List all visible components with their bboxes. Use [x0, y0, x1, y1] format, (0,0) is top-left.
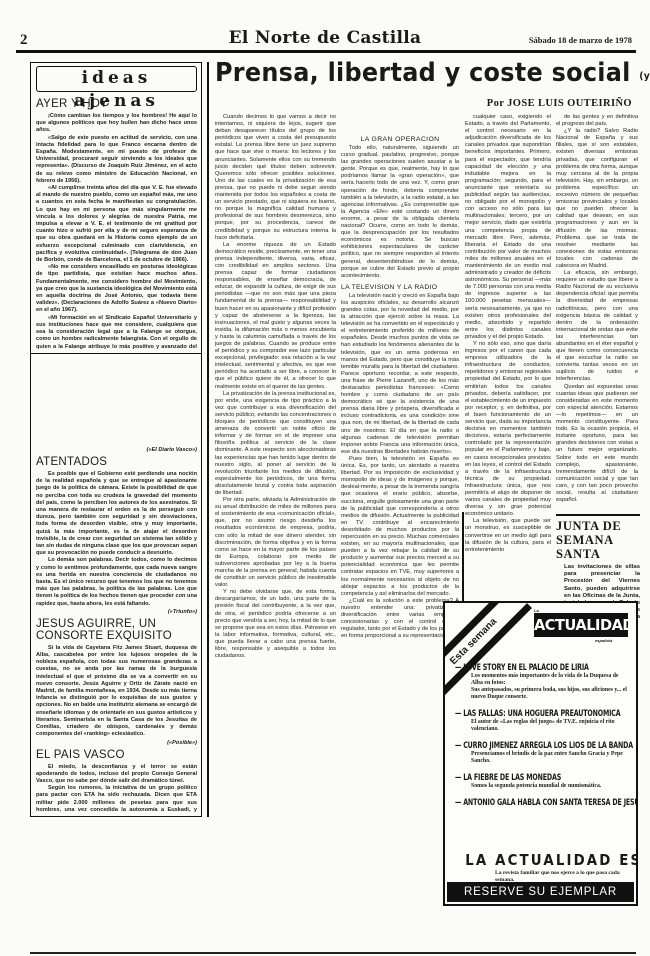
ad-item: — LAS FALLAS: UNA HOGUERA PREAUTONOMICA … — [455, 709, 630, 733]
ad-items: — LOVE STORY EN EL PALACIO DE LIRIA Los … — [455, 663, 630, 816]
article-title: Prensa, libertad y coste social — [215, 58, 631, 88]
paragraph: ¡Cómo cambian los tiempos y los hombres!… — [36, 113, 197, 135]
headline-pais-vasco: EL PAIS VASCO — [36, 749, 197, 761]
article-headline: Prensa, libertad y coste social (y II) — [215, 58, 650, 88]
paragraph: La televisión, que puede ser un monstruo… — [465, 518, 551, 553]
ad-item-desc: Los momentos más importantes de la vida … — [471, 673, 630, 687]
ad-item-desc: El autor de «Las reglas del juego» de TV… — [471, 719, 630, 733]
article-byline: Por JOSE LUIS OUTEIRIÑO — [487, 98, 632, 109]
ad-item-desc: Sus antepasados, su primera boda, sus hi… — [471, 687, 630, 701]
headline-atentados: ATENTADOS — [36, 456, 197, 468]
reserve-button[interactable]: RESERVE SU EJEMPLAR — [447, 882, 634, 902]
paragraph: La eficacia, sin embargo, requiere un es… — [556, 270, 638, 384]
crosshead-gran-operacion: LA GRAN OPERACION — [341, 136, 459, 143]
paragraph: Y no debe olvidarse que, de esta forma, … — [215, 589, 336, 660]
ad-sash-text: Esta semana — [448, 616, 499, 667]
paragraph: La enorme riqueza de un Estado democráti… — [215, 242, 336, 391]
source-posible: («Posible») — [36, 739, 197, 747]
paragraph: La televisión nació y creció en España b… — [341, 293, 459, 456]
paragraph: Por otra parte, aliviada la Administraci… — [215, 497, 336, 589]
paragraph: Según los rumores, la iniciativa de un g… — [36, 785, 197, 814]
ad-item-desc: Presenciamos el brindis de la paz entre … — [471, 751, 630, 765]
source-diario-vasco: («El Diario Vasco») — [36, 446, 197, 454]
issue-date: Sábado 18 de marzo de 1978 — [529, 35, 632, 45]
paragraph: Quedan así expuestas unas cuantas ideas … — [556, 384, 638, 505]
bottom-rule — [30, 952, 636, 954]
ad-item-title: — LA FIEBRE DE LAS MONEDAS — [455, 773, 592, 783]
column-divider — [462, 512, 464, 602]
ad-item-desc: Somos la segunda potencia mundial de num… — [471, 783, 630, 790]
masthead: 2 El Norte de Castilla Sábado 18 de marz… — [16, 28, 634, 50]
ad-item: — LA FIEBRE DE LAS MONEDAS Somos la segu… — [455, 773, 630, 790]
paragraph: Lo demás son palabras. Decir todos, como… — [36, 557, 197, 607]
ad-logo-sub: española — [595, 638, 612, 643]
paragraph: Todo ello, naturalmente, siguiendo un cu… — [341, 145, 459, 280]
section-title-ideas-ajenas: ideas ajenas — [36, 66, 197, 92]
ideas-ajenas-column: ideas ajenas AYER Y HOY ¡Cómo cambian lo… — [36, 66, 197, 351]
ad-item: — CURRO JIMENEZ ARREGLA LOS LIOS DE LA B… — [455, 741, 630, 765]
paragraph: Y no sólo eso, sino que daría ingresos p… — [465, 341, 551, 518]
ad-item: — ANTONIO GALA HABLA CON SANTA TERESA DE… — [455, 798, 630, 808]
ad-big-title: LA ACTUALIDAD ESPAÑOLA — [465, 851, 616, 869]
paragraph: «Mi formación en el Sindicato Español Un… — [36, 315, 197, 351]
paragraph: ¿Y la radio? Salvo Radio Nacional de Esp… — [556, 128, 638, 270]
paragraph: Pues bien, la televisión en España es ún… — [341, 456, 459, 598]
paragraph: «Salgo de este puesto en actitud de serv… — [36, 135, 197, 185]
actualidad-espanola-ad[interactable]: Esta semana La ACTUALIDAD española — LOV… — [443, 601, 638, 906]
masthead-rule — [16, 50, 636, 53]
paragraph: de las gentes y en definitiva el progres… — [556, 114, 638, 128]
article-column-3: cualquier caso, exigiendo el Estado, a t… — [465, 114, 551, 596]
paragraph: El miedo, la desconfianza y el terror se… — [36, 764, 197, 786]
paragraph: «Al cumplirse treinta años del día que V… — [36, 185, 197, 264]
column-divider — [207, 62, 209, 817]
ad-item: — LOVE STORY EN EL PALACIO DE LIRIA Los … — [455, 663, 630, 701]
headline-jesus-aguirre: JESUS AGUIRRE, UN CONSORTE EXQUISITO — [36, 618, 197, 642]
article-column-1: Cuando decimos lo que vamos a decir no i… — [215, 114, 336, 859]
paragraph: ¿Cuál es la solución a este problema? A … — [341, 598, 459, 641]
paragraph: Es posible que el Gobierno esté perdiend… — [36, 471, 197, 557]
article-part: (y II) — [639, 71, 650, 82]
crosshead-television-radio: LA TELEVISION Y LA RADIO — [341, 284, 459, 291]
paragraph: «No me considero encasillado en posturas… — [36, 264, 197, 314]
article-column-2: LA GRAN OPERACION Todo ello, naturalment… — [341, 114, 459, 869]
junta-title: JUNTA DE SEMANA SANTA — [556, 519, 640, 561]
paragraph: Cuando decimos lo que vamos a decir no i… — [215, 114, 336, 242]
ad-item-title: — ANTONIO GALA HABLA CON SANTA TERESA DE… — [455, 798, 592, 808]
source-triunfo: («Triunfo») — [36, 608, 197, 616]
ad-item-title: — CURRO JIMENEZ ARREGLA LOS LIOS DE LA B… — [455, 741, 592, 751]
paragraph: Si la vida de Cayetana Fitz James Stuart… — [36, 645, 197, 739]
paragraph: La privatización de la prensa institucio… — [215, 391, 336, 497]
article-column-4: de las gentes y en definitiva el progres… — [556, 114, 638, 509]
ideas-ajenas-lower-column: («El Diario Vasco») ATENTADOS Es posible… — [36, 446, 197, 814]
paragraph: cualquier caso, exigiendo el Estado, a t… — [465, 114, 551, 341]
ad-logo: ACTUALIDAD — [534, 613, 628, 637]
ad-item-title: — LOVE STORY EN EL PALACIO DE LIRIA — [455, 663, 592, 673]
ad-item-title: — LAS FALLAS: UNA HOGUERA PREAUTONOMICA — [455, 709, 592, 719]
